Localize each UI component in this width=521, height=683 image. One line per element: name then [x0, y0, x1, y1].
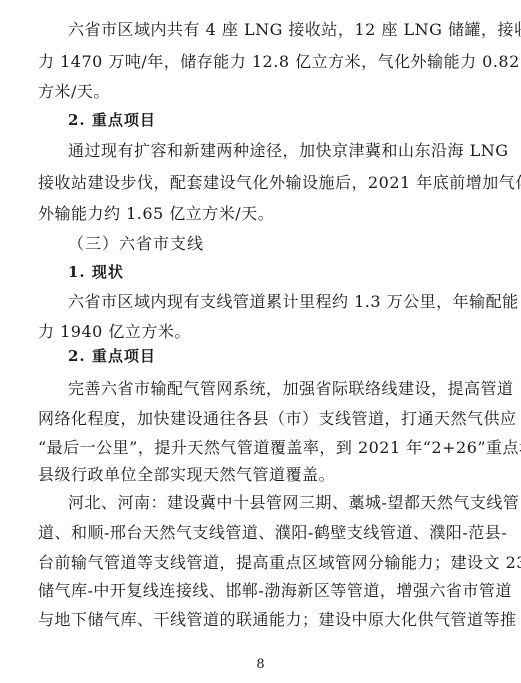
subheading: 2. 重点项目 [68, 110, 470, 130]
paragraph-line: 河北、河南：建设冀中十县管网三期、藁城-望都天然气支线管 [68, 493, 470, 513]
paragraph-line: 与地下储气库、干线管道的联通能力；建设中原大化供气管道等推 [38, 610, 470, 630]
section-heading: （三）六省市支线 [68, 234, 470, 254]
paragraph-line: “最后一公里”，提升天然气管道覆盖率，到 2021 年“2+26”重点城市 [38, 438, 470, 458]
subheading: 2. 重点项目 [68, 346, 470, 366]
paragraph-line: 道、和顺-邢台天然气支线管道、濮阳-鹤壁支线管道、濮阳-范县- [38, 523, 470, 543]
subheading: 1. 现状 [68, 262, 470, 282]
paragraph-line: 接收站建设步伐，配套建设气化外输设施后，2021 年底前增加气化 [38, 173, 470, 193]
paragraph-line: 网络化程度，加快建设通往各县（市）支线管道，打通天然气供应 [38, 409, 470, 429]
paragraph-line: 六省市区域内现有支线管道累计里程约 1.3 万公里，年输配能 [68, 292, 470, 312]
page-number: 8 [0, 656, 521, 674]
paragraph-line: 方米/天。 [38, 82, 470, 102]
paragraph-line: 外输能力约 1.65 亿立方米/天。 [38, 204, 470, 224]
paragraph-line: 储气库-中开复线连接线、邯郸-渤海新区等管道，增强六省市管道 [38, 581, 470, 601]
paragraph-line: 通过现有扩容和新建两种途径，加快京津冀和山东沿海 LNG [68, 141, 470, 161]
paragraph-line: 力 1470 万吨/年，储存能力 12.8 亿立方米，气化外输能力 0.82 亿… [38, 52, 470, 72]
paragraph-line: 力 1940 亿立方米。 [38, 322, 470, 342]
paragraph-line: 完善六省市输配气管网系统，加强省际联络线建设，提高管道 [68, 379, 470, 399]
paragraph-line: 台前输气管道等支线管道，提高重点区域管网分输能力；建设文 23 [38, 553, 470, 573]
paragraph-line: 六省市区域内共有 4 座 LNG 接收站，12 座 LNG 储罐，接收能 [68, 20, 470, 40]
document-page: 六省市区域内共有 4 座 LNG 接收站，12 座 LNG 储罐，接收能力 14… [0, 0, 521, 683]
paragraph-line: 县级行政单位全部实现天然气管道覆盖。 [38, 465, 470, 485]
